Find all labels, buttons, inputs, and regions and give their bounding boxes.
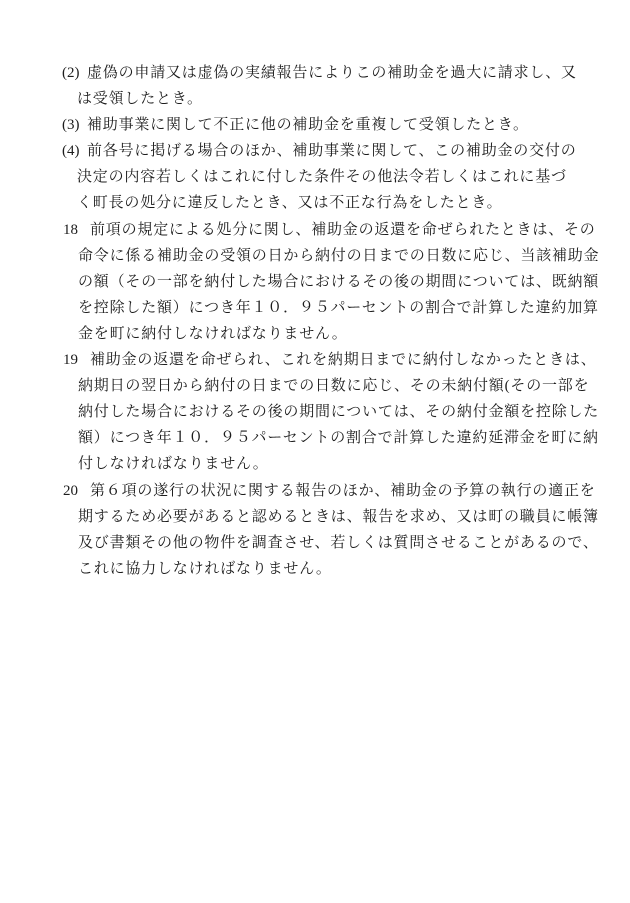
line-text: 前各号に掲げる場合のほか、補助事業に関して、この補助金の交付の [87, 143, 577, 159]
text-line: 19補助金の返還を命ぜられ、これを納期日までに納付しなかったときは、 [0, 347, 630, 373]
paragraph-number-label: 20 [63, 478, 90, 504]
text-line: (4)前各号に掲げる場合のほか、補助事業に関して、この補助金の交付の [0, 138, 630, 164]
line-text: を控除した額）につき年１０．９５パーセントの割合で計算した違約加算 [78, 300, 599, 316]
line-text: 金を町に納付しなければなりません。 [78, 326, 348, 342]
line-text: 前項の規定による処分に関し、補助金の返還を命ぜられたときは、その [90, 222, 596, 238]
text-line: く町長の処分に違反したとき、又は不正な行為をしたとき。 [0, 190, 630, 216]
line-text: 期するため必要があると認めるときは、報告を求め、又は町の職員に帳簿 [78, 509, 599, 525]
text-line: 期するため必要があると認めるときは、報告を求め、又は町の職員に帳簿 [0, 504, 630, 530]
line-text: 第６項の遂行の状況に関する報告のほか、補助金の予算の執行の適正を [90, 483, 596, 499]
text-line: 金を町に納付しなければなりません。 [0, 321, 630, 347]
text-line: これに協力しなければなりません。 [0, 556, 630, 582]
line-text: 付しなければなりません。 [78, 456, 269, 472]
line-text: は受領したとき。 [77, 91, 203, 107]
text-line: (3)補助事業に関して不正に他の補助金を重複して受領したとき。 [0, 112, 630, 138]
item-number-label: (3) [62, 112, 87, 138]
text-line: 決定の内容若しくはこれに付した条件その他法令若しくはこれに基づ [0, 164, 630, 190]
paragraph-number-label: 18 [63, 217, 90, 243]
line-text: 決定の内容若しくはこれに付した条件その他法令若しくはこれに基づ [77, 169, 567, 185]
line-text: 納付した場合におけるその後の期間については、その納付金額を控除した [78, 404, 599, 420]
line-text: これに協力しなければなりません。 [78, 561, 332, 577]
line-text: 補助事業に関して不正に他の補助金を重複して受領したとき。 [87, 117, 529, 133]
text-line: 納期日の翌日から納付の日までの日数に応じ、その未納付額(その一部を [0, 373, 630, 399]
item-number-label: (2) [62, 60, 87, 86]
text-line: は受領したとき。 [0, 86, 630, 112]
line-text: 納期日の翌日から納付の日までの日数に応じ、その未納付額(その一部を [78, 378, 589, 394]
line-text: 虚偽の申請又は虚偽の実績報告によりこの補助金を過大に請求し、又 [87, 65, 577, 81]
line-text: 額）につき年１０．９５パーセントの割合で計算した違約延滞金を町に納 [78, 430, 599, 446]
text-line: 付しなければなりません。 [0, 451, 630, 477]
paragraph-number-label: 19 [63, 347, 90, 373]
line-text: 命令に係る補助金の受領の日から納付の日までの日数に応じ、当該補助金 [78, 248, 599, 264]
text-line: (2)虚偽の申請又は虚偽の実績報告によりこの補助金を過大に請求し、又 [0, 60, 630, 86]
text-line: 20第６項の遂行の状況に関する報告のほか、補助金の予算の執行の適正を [0, 478, 630, 504]
text-line: 額）につき年１０．９５パーセントの割合で計算した違約延滞金を町に納 [0, 425, 630, 451]
text-line: 命令に係る補助金の受領の日から納付の日までの日数に応じ、当該補助金 [0, 243, 630, 269]
text-line: 及び書類その他の物件を調査させ、若しくは質問させることがあるので、 [0, 530, 630, 556]
line-text: く町長の処分に違反したとき、又は不正な行為をしたとき。 [77, 195, 502, 211]
text-line: を控除した額）につき年１０．９５パーセントの割合で計算した違約加算 [0, 295, 630, 321]
line-text: 及び書類その他の物件を調査させ、若しくは質問させることがあるので、 [78, 535, 599, 551]
text-line: 納付した場合におけるその後の期間については、その納付金額を控除した [0, 399, 630, 425]
text-line: 18前項の規定による処分に関し、補助金の返還を命ぜられたときは、その [0, 217, 630, 243]
line-text: の額（その一部を納付した場合におけるその後の期間については、既納額 [78, 274, 599, 290]
text-line: の額（その一部を納付した場合におけるその後の期間については、既納額 [0, 269, 630, 295]
document-page: (2)虚偽の申請又は虚偽の実績報告によりこの補助金を過大に請求し、又は受領したと… [0, 0, 630, 903]
item-number-label: (4) [62, 138, 87, 164]
line-text: 補助金の返還を命ぜられ、これを納期日までに納付しなかったときは、 [90, 352, 597, 368]
document-body: (2)虚偽の申請又は虚偽の実績報告によりこの補助金を過大に請求し、又は受領したと… [0, 60, 630, 582]
